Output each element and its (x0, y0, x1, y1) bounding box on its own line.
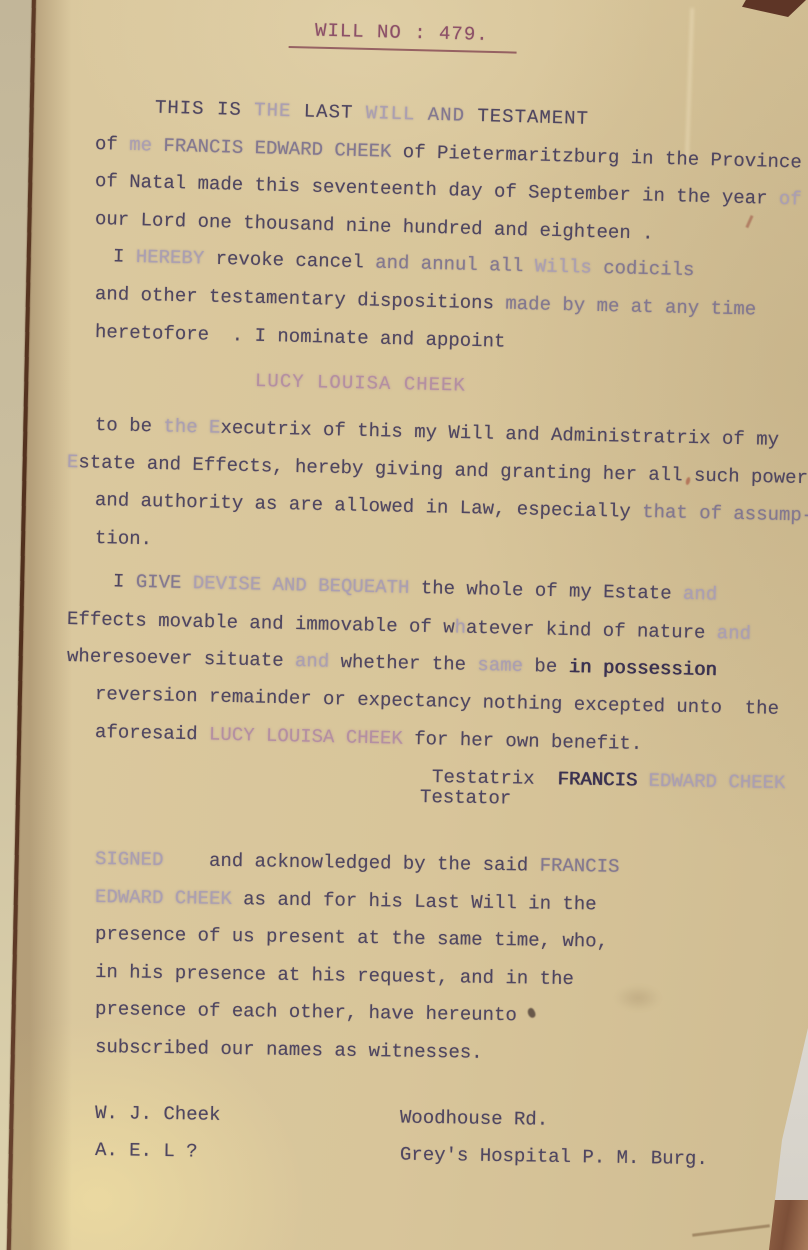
scanned-will-document: WILL NO : 479.THIS IS THE LAST WILL AND … (0, 0, 808, 1250)
will-number-heading: WILL NO : 479. (289, 16, 786, 60)
text-column: WILL NO : 479.THIS IS THE LAST WILL AND … (95, 16, 785, 1170)
beneficiary-name: LUCY LOUISA CHEEK (255, 363, 786, 412)
